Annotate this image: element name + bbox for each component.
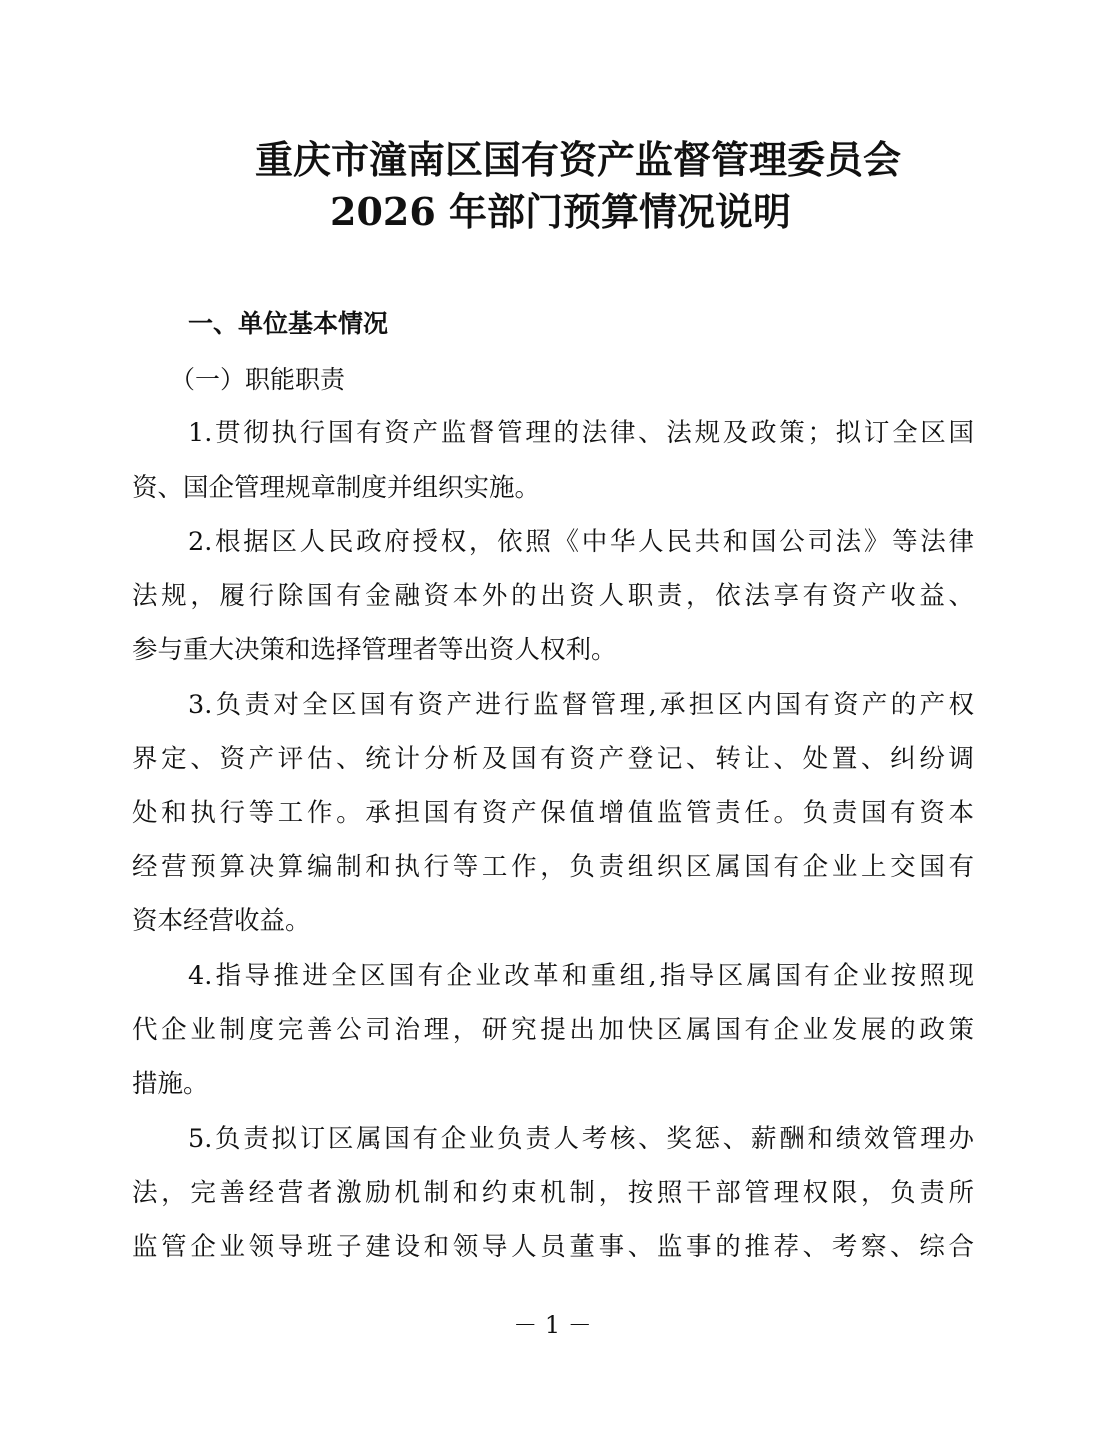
paragraph-line: 参与重大决策和选择管理者等出资人权利。 <box>132 632 974 668</box>
paragraph-line: 1.贯彻执行国有资产监督管理的法律、法规及政策；拟订全区国 <box>188 415 974 451</box>
paragraph-line: 经营预算决算编制和执行等工作，负责组织区属国有企业上交国有 <box>132 849 974 885</box>
paragraph-line: 4.指导推进全区国有企业改革和重组,指导区属国有企业按照现 <box>188 958 974 994</box>
subsection-heading: （一）职能职责 <box>170 362 345 398</box>
section-heading: 一、单位基本情况 <box>188 306 388 342</box>
page-number: － 1 － <box>0 1310 1105 1340</box>
paragraph-line: 资本经营收益。 <box>132 903 974 939</box>
paragraph-line: 5.负责拟订区属国有企业负责人考核、奖惩、薪酬和绩效管理办 <box>188 1121 974 1157</box>
paragraph-line: 监管企业领导班子建设和领导人员董事、监事的推荐、考察、综合 <box>132 1229 974 1265</box>
document-title-line-2: 2026 年部门预算情况说明 <box>330 187 791 237</box>
document-title-line-1: 重庆市潼南区国有资产监督管理委员会 <box>255 135 901 185</box>
paragraph-line: 3.负责对全区国有资产进行监督管理,承担区内国有资产的产权 <box>188 687 974 723</box>
paragraph-line: 代企业制度完善公司治理，研究提出加快区属国有企业发展的政策 <box>132 1012 974 1048</box>
document-page: 重庆市潼南区国有资产监督管理委员会 2026 年部门预算情况说明 一、单位基本情… <box>0 0 1105 1430</box>
paragraph-line: 法规，履行除国有金融资本外的出资人职责，依法享有资产收益、 <box>132 578 974 614</box>
paragraph-line: 界定、资产评估、统计分析及国有资产登记、转让、处置、纠纷调 <box>132 741 974 777</box>
paragraph-line: 法，完善经营者激励机制和约束机制，按照干部管理权限，负责所 <box>132 1175 974 1211</box>
paragraph-line: 措施。 <box>132 1066 974 1102</box>
paragraph-line: 处和执行等工作。承担国有资产保值增值监管责任。负责国有资本 <box>132 795 974 831</box>
paragraph-line: 资、国企管理规章制度并组织实施。 <box>132 470 974 506</box>
paragraph-line: 2.根据区人民政府授权，依照《中华人民共和国公司法》等法律 <box>188 524 974 560</box>
